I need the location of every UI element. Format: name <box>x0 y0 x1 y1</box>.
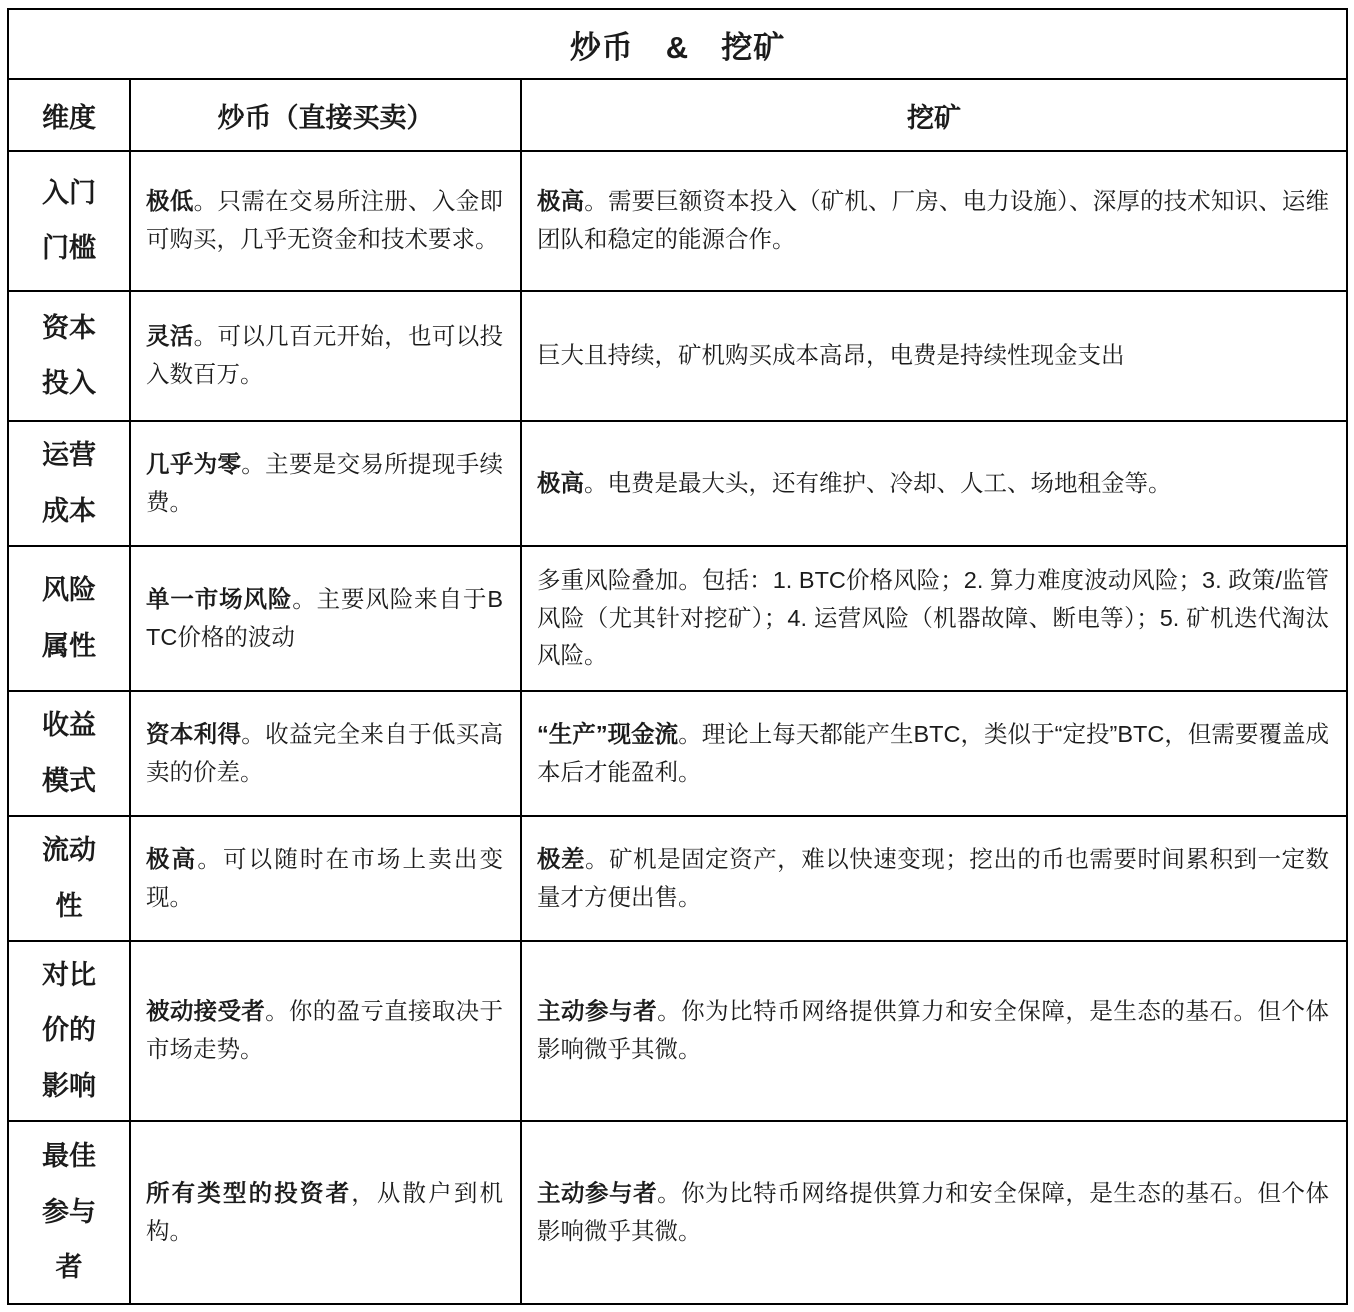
dimension-label: 收益 模式 <box>8 691 130 816</box>
cell-lead-bold: 极高 <box>537 470 584 496</box>
table-row-capital-input: 资本 投入 灵活。可以几百元开始，也可以投入数百万。 巨大且持续，矿机购买成本高… <box>8 291 1347 421</box>
comparison-table-body: 炒币 & 挖矿 维度 炒币（直接买卖） 挖矿 入门 门槛 极低。只需在交易所注册… <box>8 9 1347 1304</box>
table-row-price-influence: 对比 价的 影响 被动接受者。你的盈亏直接取决于市场走势。 主动参与者。你为比特… <box>8 941 1347 1121</box>
table-row-risk-profile: 风险 属性 单一市场风险。主要风险来自于BTC价格的波动 多重风险叠加。包括：1… <box>8 546 1347 691</box>
trading-cell: 极高。可以随时在市场上卖出变现。 <box>130 816 521 941</box>
mining-cell: 主动参与者。你为比特币网络提供算力和安全保障，是生态的基石。但个体影响微乎其微。 <box>521 1121 1347 1304</box>
cell-text: 。电费是最大头，还有维护、冷却、人工、场地租金等。 <box>584 470 1172 496</box>
table-row-best-participant: 最佳 参与 者 所有类型的投资者，从散户到机构。 主动参与者。你为比特币网络提供… <box>8 1121 1347 1304</box>
cell-lead-bold: 灵活 <box>146 323 194 349</box>
title-row: 炒币 & 挖矿 <box>8 9 1347 79</box>
column-header-trading: 炒币（直接买卖） <box>130 79 521 151</box>
table-row-income-model: 收益 模式 资本利得。收益完全来自于低买高卖的价差。 “生产”现金流。理论上每天… <box>8 691 1347 816</box>
cell-lead-bold: 几乎为零 <box>146 451 241 477</box>
table-row-liquidity: 流动 性 极高。可以随时在市场上卖出变现。 极差。矿机是固定资产，难以快速变现；… <box>8 816 1347 941</box>
cell-text: 。矿机是固定资产，难以快速变现；挖出的币也需要时间累积到一定数量才方便出售。 <box>537 846 1329 910</box>
column-header-dimension: 维度 <box>8 79 130 151</box>
comparison-table: 炒币 & 挖矿 维度 炒币（直接买卖） 挖矿 入门 门槛 极低。只需在交易所注册… <box>7 8 1348 1305</box>
mining-cell: 极高。需要巨额资本投入（矿机、厂房、电力设施）、深厚的技术知识、运维团队和稳定的… <box>521 151 1347 291</box>
dimension-label: 最佳 参与 者 <box>8 1121 130 1304</box>
trading-cell: 极低。只需在交易所注册、入金即可购买，几乎无资金和技术要求。 <box>130 151 521 291</box>
cell-lead-bold: “生产”现金流 <box>537 721 678 747</box>
header-row: 维度 炒币（直接买卖） 挖矿 <box>8 79 1347 151</box>
cell-lead-bold: 所有类型的投资者 <box>146 1180 351 1206</box>
cell-text: 。需要巨额资本投入（矿机、厂房、电力设施）、深厚的技术知识、运维团队和稳定的能源… <box>537 188 1329 252</box>
trading-cell: 灵活。可以几百元开始，也可以投入数百万。 <box>130 291 521 421</box>
trading-cell: 单一市场风险。主要风险来自于BTC价格的波动 <box>130 546 521 691</box>
mining-cell: 主动参与者。你为比特币网络提供算力和安全保障，是生态的基石。但个体影响微乎其微。 <box>521 941 1347 1121</box>
dimension-label: 流动 性 <box>8 816 130 941</box>
trading-cell: 被动接受者。你的盈亏直接取决于市场走势。 <box>130 941 521 1121</box>
mining-cell: 多重风险叠加。包括：1. BTC价格风险；2. 算力难度波动风险；3. 政策/监… <box>521 546 1347 691</box>
cell-text: 。可以随时在市场上卖出变现。 <box>146 846 503 910</box>
cell-text: 多重风险叠加。包括：1. BTC价格风险；2. 算力难度波动风险；3. 政策/监… <box>537 567 1329 668</box>
dimension-label: 对比 价的 影响 <box>8 941 130 1121</box>
column-header-mining: 挖矿 <box>521 79 1347 151</box>
cell-lead-bold: 极高 <box>146 846 197 872</box>
cell-text: 巨大且持续，矿机购买成本高昂，电费是持续性现金支出 <box>537 342 1125 368</box>
cell-text: 。可以几百元开始，也可以投入数百万。 <box>146 323 503 387</box>
trading-cell: 几乎为零。主要是交易所提现手续费。 <box>130 421 521 546</box>
cell-lead-bold: 资本利得 <box>146 721 241 747</box>
cell-lead-bold: 主动参与者 <box>537 998 657 1024</box>
dimension-label: 入门 门槛 <box>8 151 130 291</box>
page: 炒币 & 挖矿 维度 炒币（直接买卖） 挖矿 入门 门槛 极低。只需在交易所注册… <box>0 0 1354 1312</box>
cell-lead-bold: 极低 <box>146 188 194 214</box>
table-title: 炒币 & 挖矿 <box>8 9 1347 79</box>
mining-cell: 极差。矿机是固定资产，难以快速变现；挖出的币也需要时间累积到一定数量才方便出售。 <box>521 816 1347 941</box>
mining-cell: 极高。电费是最大头，还有维护、冷却、人工、场地租金等。 <box>521 421 1347 546</box>
cell-lead-bold: 极高 <box>537 188 584 214</box>
dimension-label: 资本 投入 <box>8 291 130 421</box>
trading-cell: 资本利得。收益完全来自于低买高卖的价差。 <box>130 691 521 816</box>
cell-lead-bold: 单一市场风险 <box>146 586 292 612</box>
dimension-label: 风险 属性 <box>8 546 130 691</box>
cell-text: 。只需在交易所注册、入金即可购买，几乎无资金和技术要求。 <box>146 188 503 252</box>
mining-cell: 巨大且持续，矿机购买成本高昂，电费是持续性现金支出 <box>521 291 1347 421</box>
dimension-label: 运营 成本 <box>8 421 130 546</box>
cell-lead-bold: 被动接受者 <box>146 998 265 1024</box>
cell-lead-bold: 极差 <box>537 846 585 872</box>
table-row-operating-cost: 运营 成本 几乎为零。主要是交易所提现手续费。 极高。电费是最大头，还有维护、冷… <box>8 421 1347 546</box>
cell-lead-bold: 主动参与者 <box>537 1180 657 1206</box>
mining-cell: “生产”现金流。理论上每天都能产生BTC，类似于“定投”BTC，但需要覆盖成本后… <box>521 691 1347 816</box>
trading-cell: 所有类型的投资者，从散户到机构。 <box>130 1121 521 1304</box>
table-row-entry-barrier: 入门 门槛 极低。只需在交易所注册、入金即可购买，几乎无资金和技术要求。 极高。… <box>8 151 1347 291</box>
